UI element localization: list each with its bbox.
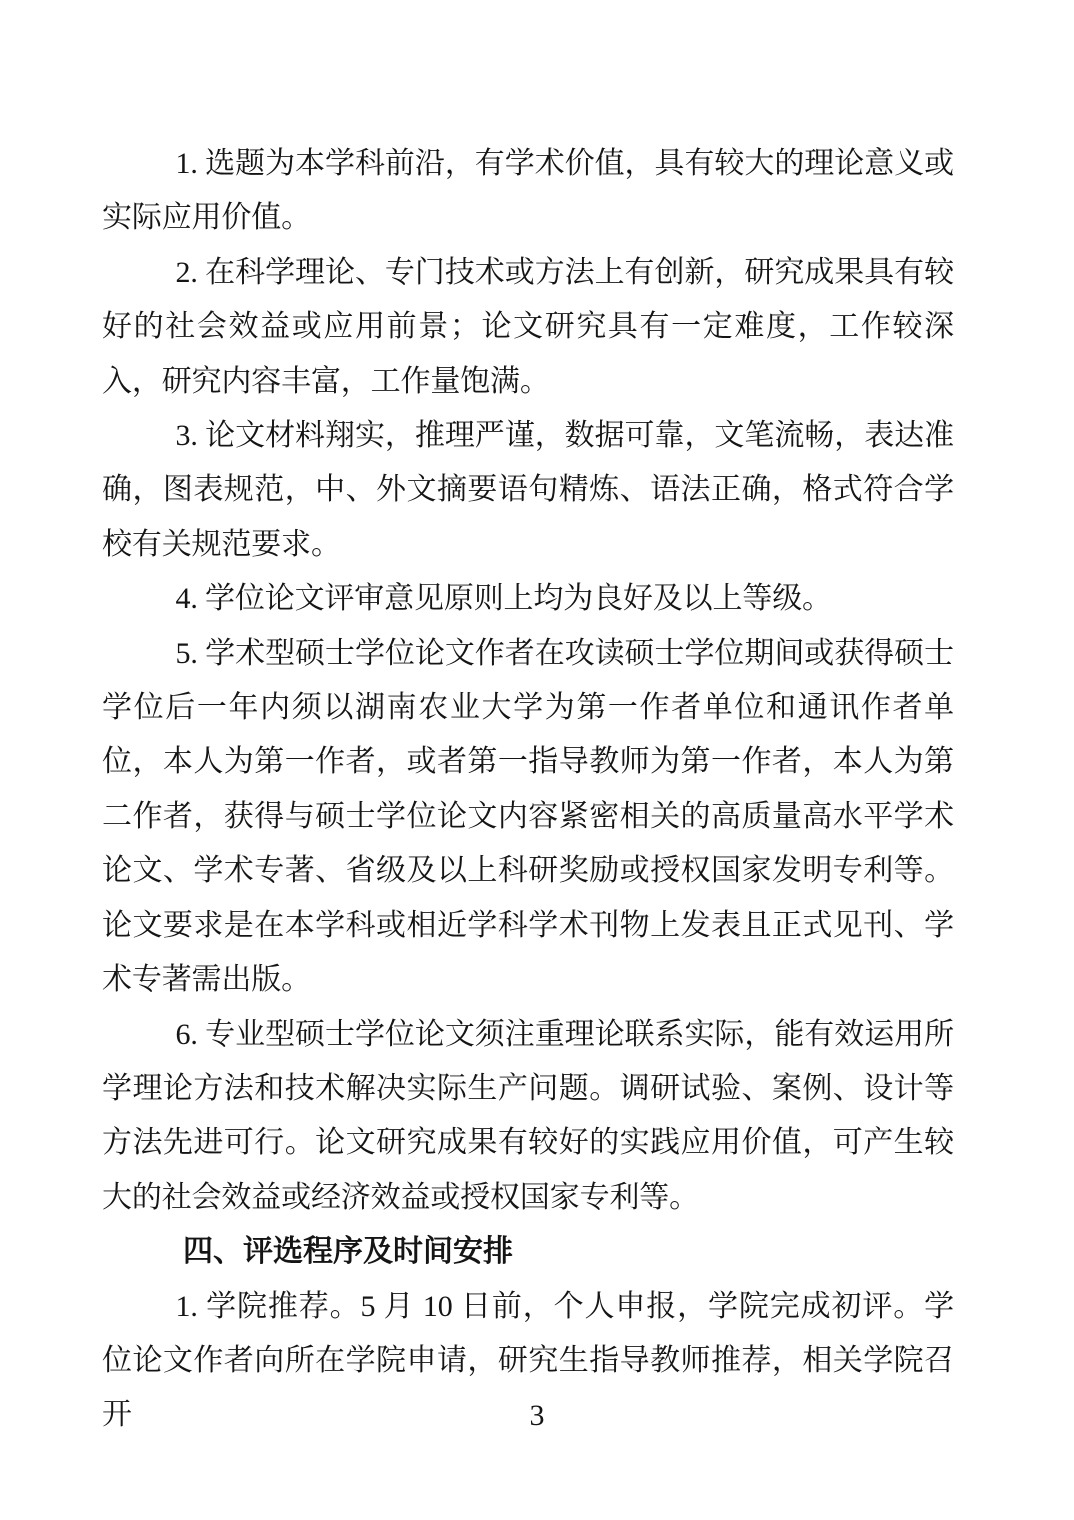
document-page: 1. 选题为本学科前沿，有学术价值，具有较大的理论意义或实际应用价值。 2. 在…: [0, 0, 1074, 1520]
paragraph-criterion-1: 1. 选题为本学科前沿，有学术价值，具有较大的理论意义或实际应用价值。: [102, 137, 954, 246]
document-body: 1. 选题为本学科前沿，有学术价值，具有较大的理论意义或实际应用价值。 2. 在…: [102, 137, 954, 1443]
paragraph-criterion-2: 2. 在科学理论、专门技术或方法上有创新，研究成果具有较好的社会效益或应用前景；…: [102, 246, 954, 409]
page-number: 3: [0, 1398, 1074, 1434]
paragraph-criterion-6: 6. 专业型硕士学位论文须注重理论联系实际，能有效运用所学理论方法和技术解决实际…: [102, 1008, 954, 1226]
section-heading-procedure: 四、评选程序及时间安排: [102, 1225, 954, 1279]
paragraph-criterion-5: 5. 学术型硕士学位论文作者在攻读硕士学位期间或获得硕士学位后一年内须以湖南农业…: [102, 627, 954, 1008]
paragraph-criterion-3: 3. 论文材料翔实，推理严谨，数据可靠，文笔流畅，表达准确，图表规范，中、外文摘…: [102, 409, 954, 572]
paragraph-criterion-4: 4. 学位论文评审意见原则上均为良好及以上等级。: [102, 572, 954, 626]
